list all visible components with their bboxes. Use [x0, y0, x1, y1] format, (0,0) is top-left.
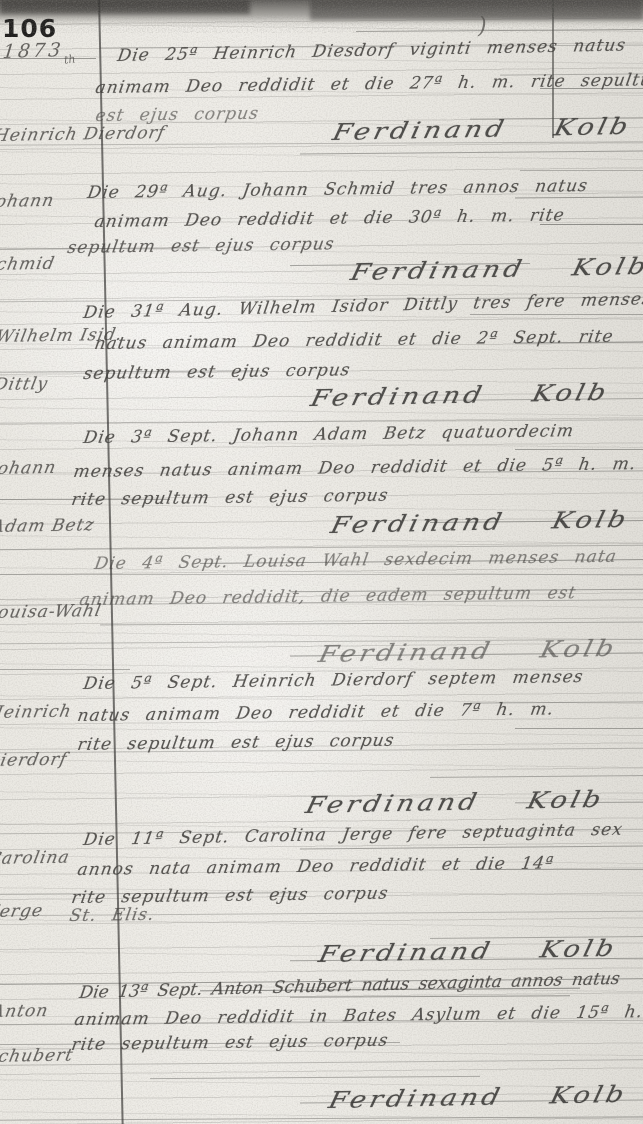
scan-streak: [515, 449, 643, 450]
margin-name: Schubert: [0, 1045, 75, 1067]
margin-name: Heinrich: [0, 702, 74, 723]
scan-streak: [0, 669, 130, 670]
scan-streak: [0, 1116, 643, 1121]
scan-streak: [0, 574, 643, 575]
priest-signature: Ferdinand Kolb: [303, 787, 607, 819]
entry-line: animam Deo reddidit, die eadem sepultum …: [78, 583, 578, 610]
scan-smudge-left: [0, 0, 250, 14]
scanned-register-page: 106 1873 th ) Die 25ª Heinrich Diesdorf …: [0, 0, 643, 1124]
margin-name: Jerge: [0, 901, 45, 922]
entry-line: sepultum est ejus corpus: [66, 234, 336, 258]
scan-streak: [100, 622, 643, 626]
entry-line: Die 13ª Sept. Anton Schubert natus sexag…: [78, 969, 621, 1003]
entry-line: animam Deo reddidit et die 30ª h. m. rit…: [93, 205, 566, 232]
scan-smudge-right: [310, 0, 643, 20]
margin-name: Johann: [0, 191, 56, 212]
entry-line: Die 5ª Sept. Heinrich Dierdorf septem me…: [82, 667, 585, 694]
priest-signature: Ferdinand Kolb: [316, 636, 620, 668]
entry-line: animam Deo reddidit et die 27ª h. m. rit…: [94, 70, 643, 98]
scan-streak: [0, 1059, 643, 1066]
entry-line: St. Elis.: [68, 905, 156, 926]
entry-line: menses natus animam Deo reddidit et die …: [72, 454, 638, 482]
margin-name: Louisa-Wahl: [0, 601, 103, 623]
margin-name: Schmid: [0, 254, 57, 275]
priest-signature: Ferdinand Kolb: [326, 1082, 630, 1114]
entry-line: Die 4ª Sept. Louisa Wahl sexdecim menses…: [93, 547, 619, 574]
scan-streak: [470, 314, 643, 315]
entry-line: Die 25ª Heinrich Diesdorf viginti menses…: [116, 35, 628, 66]
entry-line: rite sepultum est ejus corpus: [76, 731, 396, 755]
scan-streak: [430, 775, 643, 778]
margin-name: Heinrich Dierdorf: [0, 123, 167, 146]
margin-name: Johann: [0, 458, 58, 479]
margin-name: Wilhelm Isid.: [0, 325, 125, 347]
scan-streak: [520, 170, 643, 171]
entry-line: natus animam Deo reddidit et die 7ª h. m…: [76, 699, 556, 726]
scan-streak: [300, 846, 643, 850]
scan-streak: [150, 1076, 480, 1080]
entry-line: rite sepultum est ejus corpus: [70, 884, 390, 908]
scan-streak: [515, 728, 643, 729]
entry-line: rite sepultum est ejus corpus: [70, 486, 390, 510]
entry-line: natus animam Deo reddidit et die 2ª Sept…: [93, 327, 615, 354]
margin-name: Carolina: [0, 848, 72, 869]
scan-streak: [356, 29, 643, 32]
priest-signature: Ferdinand Kolb: [328, 507, 632, 539]
entry-line: rite sepultum est ejus corpus: [70, 1031, 390, 1055]
priest-signature: Ferdinand Kolb: [308, 380, 612, 412]
margin-name: Anton: [0, 1001, 50, 1022]
stray-mark: ): [478, 14, 487, 39]
entry-line: sepultum est ejus corpus: [82, 360, 352, 384]
priest-signature: Ferdinand Kolb: [330, 114, 634, 146]
top-scan-band: [0, 0, 643, 27]
scan-streak: [300, 151, 643, 155]
entry-line: Die 29ª Aug. Johann Schmid tres annos na…: [86, 176, 590, 203]
margin-name: Dittly: [0, 374, 50, 395]
entry-line: Die 3ª Sept. Johann Adam Betz quatuordec…: [82, 421, 576, 448]
margin-name: Adam Betz: [0, 515, 96, 537]
margin-name: Dierdorf: [0, 750, 69, 771]
year-label: 1873: [2, 39, 65, 63]
entry-line: Die 31ª Aug. Wilhelm Isidor Dittly tres …: [82, 289, 643, 323]
entry-line: annos nata animam Deo reddidit et die 14…: [76, 853, 556, 880]
entry-line: animam Deo reddidit in Bates Asylum et d…: [73, 1002, 643, 1030]
priest-signature: Ferdinand Kolb: [316, 936, 620, 968]
scan-streak: [515, 197, 643, 199]
year-superscript: th: [63, 52, 76, 66]
entry-line: est ejus corpus: [94, 104, 261, 126]
priest-signature: Ferdinand Kolb: [348, 254, 643, 286]
entry-line: Die 11ª Sept. Carolina Jerge fere septua…: [82, 820, 624, 850]
